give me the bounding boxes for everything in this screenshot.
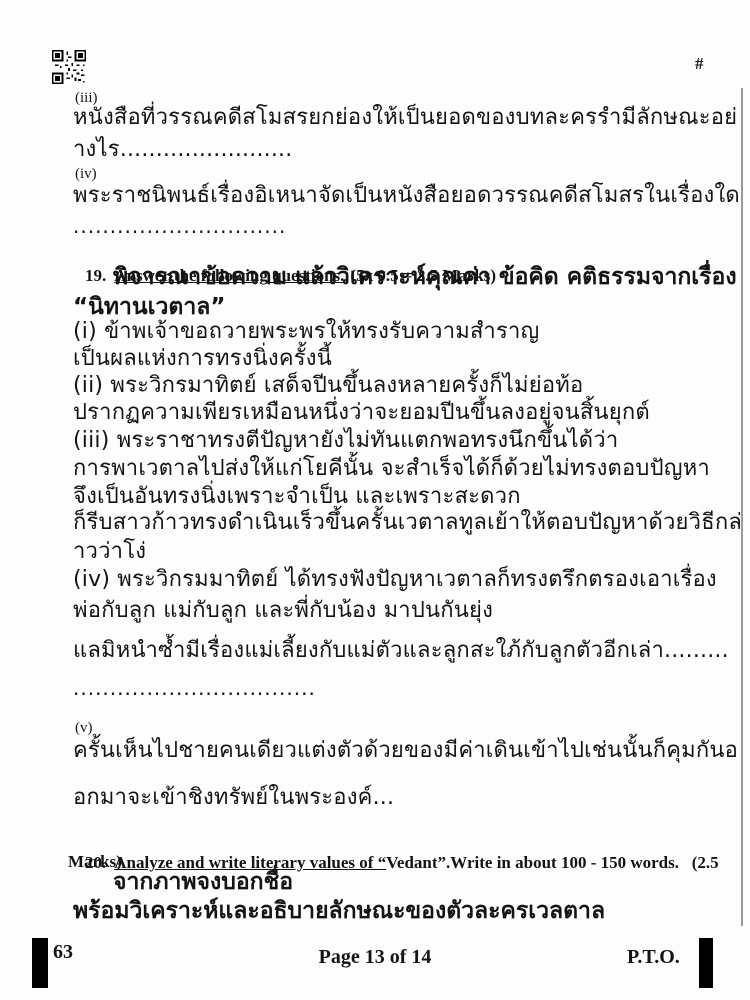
q18-item-iv-line: พระราชนิพนธ์เรื่องอิเหนาจัดเป็นหนังสือยอ… [73,182,740,210]
q18-answer-dots: ............................. [73,214,286,238]
footer-right-bar [699,938,713,988]
q19-item-ii-line: ปรากฏความเพียรเหมือนหนึ่งว่าจะยอมปีนขึ้น… [73,399,650,427]
q19-item-iv-line: พ่อกับลูก แม่กับลูก และพี่กับน้อง มาปนกั… [73,597,493,625]
q19-prompt-line: พิจารณาข้อความ แล้ววิเคราะห์คุณค่า ข้อคิ… [113,263,737,292]
q19-item-iii-line: จึงเป็นอันทรงนิ่งเพราะจำเป็น และเพราะสะด… [73,483,521,511]
q19-item-iii-line: ก็รีบสาวก้าวทรงดำเนินเร็วขึ้นครั้นเวตาลท… [73,509,742,537]
footer-pto: P.T.O. [627,946,680,969]
q19-item-iii-line: าวว่าโง่ [73,538,146,566]
q19-item-ii-line: (ii) พระวิกรมาทิตย์ เสด็จปีนขึ้นลงหลายคร… [73,372,583,400]
q19-item-v-line: ครั้นเห็นไปชายคนเดียวแต่งตัวด้วยของมีค่า… [73,737,738,765]
hash-mark: # [695,54,704,74]
right-margin-rule [741,88,743,926]
q19-item-v-label: (v) [75,720,93,737]
q20-prompt-line: จากภาพจงบอกชื่อ [113,868,293,897]
q19-extra-line: แลมิหนำซ้ำมีเรื่องแม่เลี้ยงกับแม่ตัวและล… [73,637,729,665]
q18-item-iii-line: หนังสือที่วรรณคดีสโมสรยกย่องให้เป็นยอดขอ… [73,104,737,132]
q19-item-v-line: อกมาจะเข้าชิงทรัพย์ในพระองค์... [73,784,394,812]
qr-code-icon [52,50,86,88]
q20-prompt-line: พร้อมวิเคราะห์และอธิบายลักษณะของตัวละครเ… [73,897,605,926]
q18-item-iv-label: (iv) [75,166,97,183]
q19-item-i-line: (i) ข้าพเจ้าขอถวายพระพรให้ทรงรับความสำรา… [73,318,539,346]
q20-instruction-rest: Vedant”.Write in about 100 - 150 words. … [386,853,718,872]
q19-item-i-line: เป็นผลแห่งการทรงนิ่งครั้งนี้ [73,345,332,373]
q19-item-iv-line: (iv) พระวิกรมมาทิตย์ ได้ทรงฟังปัญหาเวตาล… [73,566,717,594]
q18-item-iii-line: างไร........................ [73,136,292,164]
q19-number: 19. [85,266,106,285]
q19-item-iii-line: การพาเวตาลไปส่งให้แก่โยคีนั้น จะสำเร็จได… [73,455,710,483]
q19-item-iii-line: (iii) พระราชาทรงตีปัญหายังไม่ทันแตกพอทรง… [73,427,618,455]
exam-paper-page: # (iii) หนังสือที่วรรณคดีสโมสรยกย่องให้เ… [0,0,750,1000]
q19-answer-dots: ................................. [73,676,316,700]
